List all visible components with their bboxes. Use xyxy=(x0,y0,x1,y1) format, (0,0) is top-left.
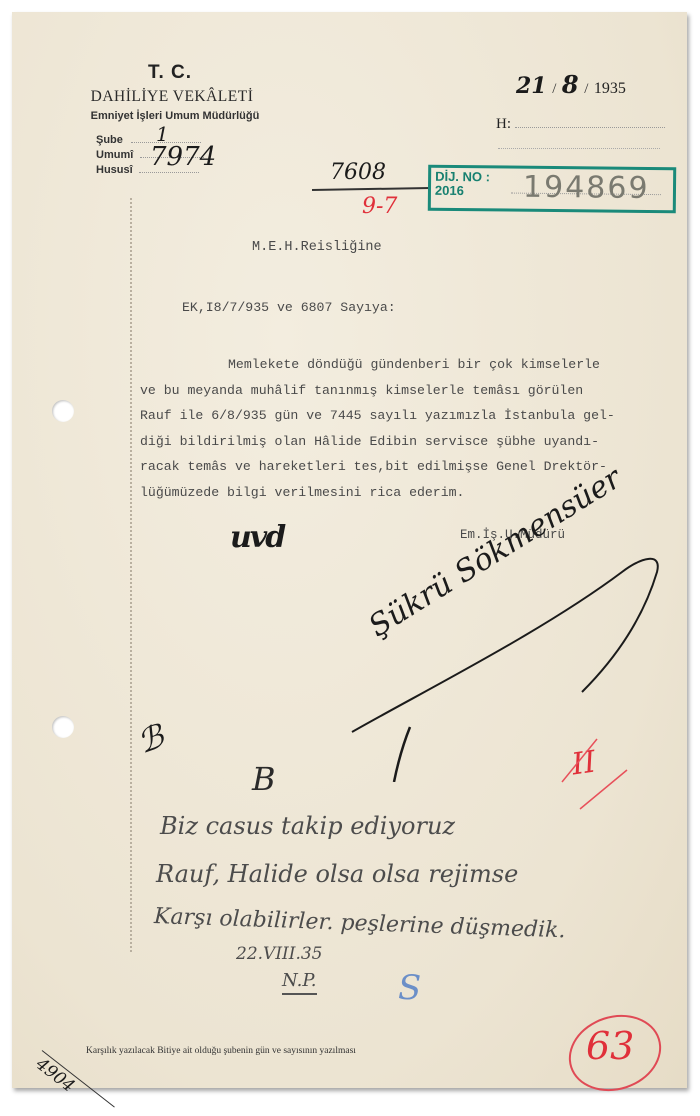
document-page: T. C. DAHİLİYE VEKÂLETİ Emniyet İşleri U… xyxy=(12,12,687,1088)
field-value: 7974 xyxy=(150,142,216,172)
page-number: 63 xyxy=(586,1024,634,1068)
field-label: Hususî xyxy=(96,164,133,176)
subject-line: EK,I8/7/935 ve 6807 Sayıya: xyxy=(182,300,396,315)
letterhead-fields: Şube 1 Umumî Hususî 7974 xyxy=(96,130,276,175)
h-label: H: xyxy=(496,116,511,132)
note-line: Rauf, Halide olsa olsa rejimse xyxy=(156,860,518,888)
body-line: ve bu meyanda muhâlif tanınmış kimselerl… xyxy=(140,378,685,404)
footer-note: Karşılık yazılacak Bitiye ait olduğu şub… xyxy=(86,1046,356,1056)
dotted-line xyxy=(498,148,660,149)
handwritten-letter-b: B xyxy=(252,760,276,798)
punch-hole-bottom xyxy=(52,716,74,738)
paraph-mark: ℬ xyxy=(132,717,169,761)
body-line: diği bildirilmiş olan Hâlide Edibin serv… xyxy=(140,429,685,455)
date-day: 21 xyxy=(516,73,547,99)
blue-mark: S xyxy=(398,968,421,1008)
letterhead-directorate: Emniyet İşleri Umum Müdürlüğü xyxy=(70,110,280,122)
reference-number: 7608 xyxy=(330,160,386,185)
note-line: Biz casus takip ediyoruz xyxy=(160,812,455,840)
body-line: Rauf ile 6/8/935 gün ve 7445 sayılı yazı… xyxy=(140,403,685,429)
letterhead-ministry: DAHİLİYE VEKÂLETİ xyxy=(74,88,270,106)
stamp-number: 194869 xyxy=(523,170,650,206)
note-line: Karşı olabilirler. peşlerine düşmedik. xyxy=(154,904,566,943)
field-hususi: Hususî 7974 xyxy=(96,160,276,175)
letterhead-tc: T. C. xyxy=(120,62,220,84)
handwritten-initials: uvd xyxy=(230,520,284,555)
h-field: H: xyxy=(496,116,665,133)
reference-underline xyxy=(312,187,430,191)
note-date: 22.VIII.35 xyxy=(236,944,323,964)
document-date: 21 / 8 / 1935 xyxy=(516,70,626,99)
addressee: M.E.H.Reisliğine xyxy=(252,240,382,255)
date-year: 1935 xyxy=(594,80,626,97)
red-strike-lines xyxy=(552,734,632,814)
punch-hole-top xyxy=(52,400,74,422)
stamp-label: DİJ. NO : 2016 xyxy=(435,170,490,199)
body-line: Memlekete döndüğü gündenberi bir çok kim… xyxy=(140,352,685,378)
archive-stamp: DİJ. NO : 2016 194869 xyxy=(428,165,676,214)
margin-dotted-line xyxy=(130,198,132,952)
red-reference-note: 9-7 xyxy=(362,194,397,219)
date-month: 8 xyxy=(562,70,579,99)
note-initials: N.P. xyxy=(282,970,317,995)
